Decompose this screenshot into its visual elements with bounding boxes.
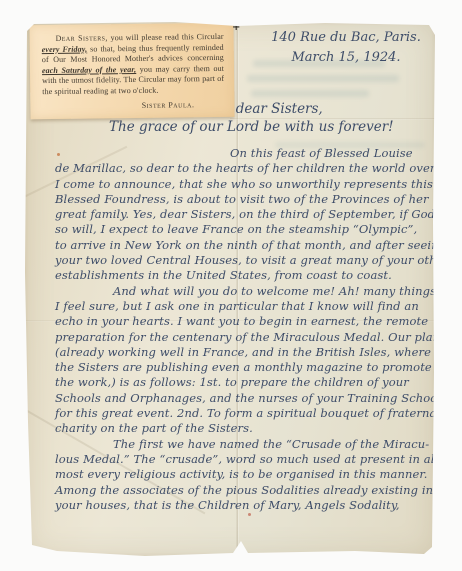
- letter-address-block: 140 Rue du Bac, Paris. March 15, 1924.: [260, 28, 432, 68]
- body-line: to arrive in New York on the ninth of th…: [55, 238, 434, 253]
- body-line: Blessed Foundress, is about to visit two…: [55, 192, 434, 207]
- body-line: And what will you do to welcome me! Ah! …: [55, 284, 434, 299]
- note-emphasis-each-saturday: each Saturday of the year,: [42, 65, 136, 75]
- body-line: for this great event. 2nd. To form a spi…: [55, 406, 434, 421]
- body-line: your houses, that is the Children of Mar…: [55, 498, 434, 513]
- body-line: establishments in the United States, fro…: [55, 268, 434, 283]
- letter-paper: + Dear Sisters, you will please read thi…: [25, 22, 435, 556]
- body-line: I feel sure, but I ask one in particular…: [55, 299, 434, 314]
- note-text: Dear Sisters, you will please read this …: [42, 32, 225, 98]
- body-line: the work,) is as follows: 1st. to prepar…: [55, 375, 434, 390]
- body-line: The first we have named the “Crusade of …: [55, 437, 434, 452]
- date-line: March 15, 1924.: [260, 48, 432, 68]
- age-speck: [248, 513, 251, 516]
- body-line: lous Medal.” The “crusade”, word so much…: [55, 452, 434, 467]
- scan-background: + Dear Sisters, you will please read thi…: [0, 0, 462, 571]
- body-line: great family. Yes, dear Sisters, on the …: [55, 207, 434, 222]
- body-line: On this feast of Blessed Louise: [55, 146, 434, 161]
- body-line: Among the associates of the pious Sodali…: [55, 483, 434, 498]
- body-line: echo in your hearts. I want you to begin…: [55, 314, 434, 329]
- body-line: preparation for the centenary of the Mir…: [55, 330, 434, 345]
- body-line: so will, I expect to leave France on the…: [55, 222, 434, 237]
- letter-body: On this feast of Blessed Louisede Marill…: [55, 146, 434, 513]
- note-salutation: Dear Sisters,: [56, 33, 108, 43]
- ink-bleed-through: [251, 90, 369, 97]
- body-line: Schools and Orphanages, and the nurses o…: [55, 391, 434, 406]
- ink-bleed-through: [247, 75, 399, 82]
- body-line: your two loved Central Houses, to visit …: [55, 253, 434, 268]
- body-line: charity on the part of the Sisters.: [55, 421, 434, 436]
- cross-mark: +: [232, 22, 240, 33]
- body-line: the Sisters are publishing even a monthl…: [55, 360, 434, 375]
- address-line: 140 Rue du Bac, Paris.: [260, 28, 432, 48]
- pasted-circular-note: Dear Sisters, you will please read this …: [29, 23, 234, 119]
- body-line: de Marillac, so dear to the hearts of he…: [55, 161, 434, 176]
- grace-line: The grace of our Lord be with us forever…: [109, 119, 394, 135]
- note-signature: Sister Paula.: [42, 100, 194, 111]
- body-line: most every religious activity, is to be …: [55, 467, 434, 482]
- body-line: I come to announce, that she who so unwo…: [55, 177, 434, 192]
- note-emphasis-every-friday: every Friday,: [42, 44, 88, 54]
- note-text-segment: you will please read this Circular: [108, 32, 224, 42]
- body-line: (already working well in France, and in …: [55, 345, 434, 360]
